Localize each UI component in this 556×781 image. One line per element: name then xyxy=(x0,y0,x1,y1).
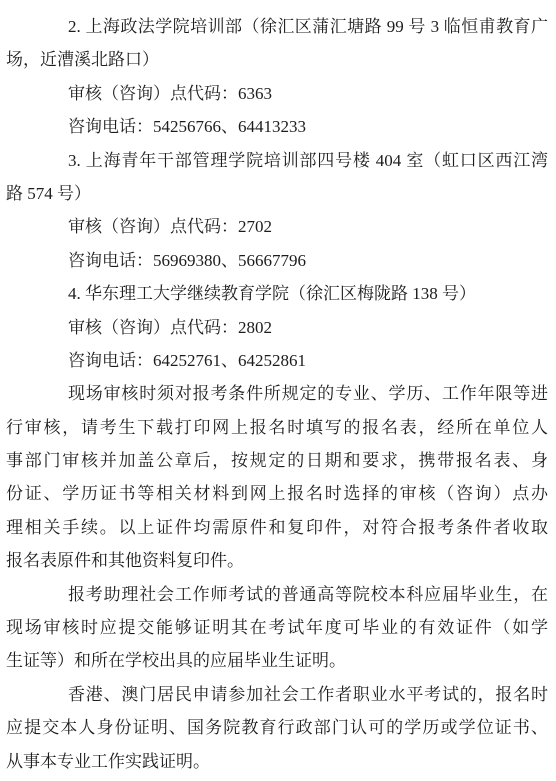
para-review-line-4: 份证、学历证书等相关材料到网上报名时选择的审核（咨询）点办 xyxy=(6,477,548,510)
item-2-heading-line-1: 2. 上海政法学院培训部（徐汇区蒲汇塘路 99 号 3 临恒甫教育广 xyxy=(6,10,548,43)
item-2-audit-code: 审核（咨询）点代码：6363 xyxy=(6,77,548,110)
item-4-heading: 4. 华东理工大学继续教育学院（徐汇区梅陇路 138 号） xyxy=(6,277,548,310)
para-review-line-5: 理相关手续。以上证件均需原件和复印件，对符合报考条件者收取 xyxy=(6,511,548,544)
para-graduates-line-3: 生证等）和所在学校出具的应届毕业生证明。 xyxy=(6,644,548,677)
para-graduates-line-2: 现场审核时应提交能够证明其在考试年度可毕业的有效证件（如学 xyxy=(6,611,548,644)
item-2-phone: 咨询电话：54256766、64413233 xyxy=(6,110,548,143)
item-3-heading-line-1: 3. 上海青年干部管理学院培训部四号楼 404 室（虹口区西江湾 xyxy=(6,144,548,177)
para-hkmo-line-1: 香港、澳门居民申请参加社会工作者职业水平考试的，报名时 xyxy=(6,678,548,711)
item-3-phone: 咨询电话：56969380、56667796 xyxy=(6,244,548,277)
document-page: 2. 上海政法学院培训部（徐汇区蒲汇塘路 99 号 3 临恒甫教育广场，近漕溪北… xyxy=(0,0,556,781)
item-2-heading-line-2: 场，近漕溪北路口） xyxy=(6,43,548,76)
item-3-heading-line-2: 路 574 号） xyxy=(6,177,548,210)
para-review-line-2: 行审核，请考生下载打印网上报名时填写的报名表，经所在单位人 xyxy=(6,411,548,444)
item-3-audit-code: 审核（咨询）点代码：2702 xyxy=(6,210,548,243)
item-4-phone: 咨询电话：64252761、64252861 xyxy=(6,344,548,377)
para-hkmo-line-2: 应提交本人身份证明、国务院教育行政部门认可的学历或学位证书、 xyxy=(6,711,548,744)
para-review-line-3: 事部门审核并加盖公章后，按规定的日期和要求，携带报名表、身 xyxy=(6,444,548,477)
para-review-line-6: 报名表原件和其他资料复印件。 xyxy=(6,544,548,577)
item-4-audit-code: 审核（咨询）点代码：2802 xyxy=(6,311,548,344)
para-graduates-line-1: 报考助理社会工作师考试的普通高等院校本科应届毕业生，在 xyxy=(6,578,548,611)
para-hkmo-line-3: 从事本专业工作实践证明。 xyxy=(6,745,548,778)
para-review-line-1: 现场审核时须对报考条件所规定的专业、学历、工作年限等进 xyxy=(6,377,548,410)
